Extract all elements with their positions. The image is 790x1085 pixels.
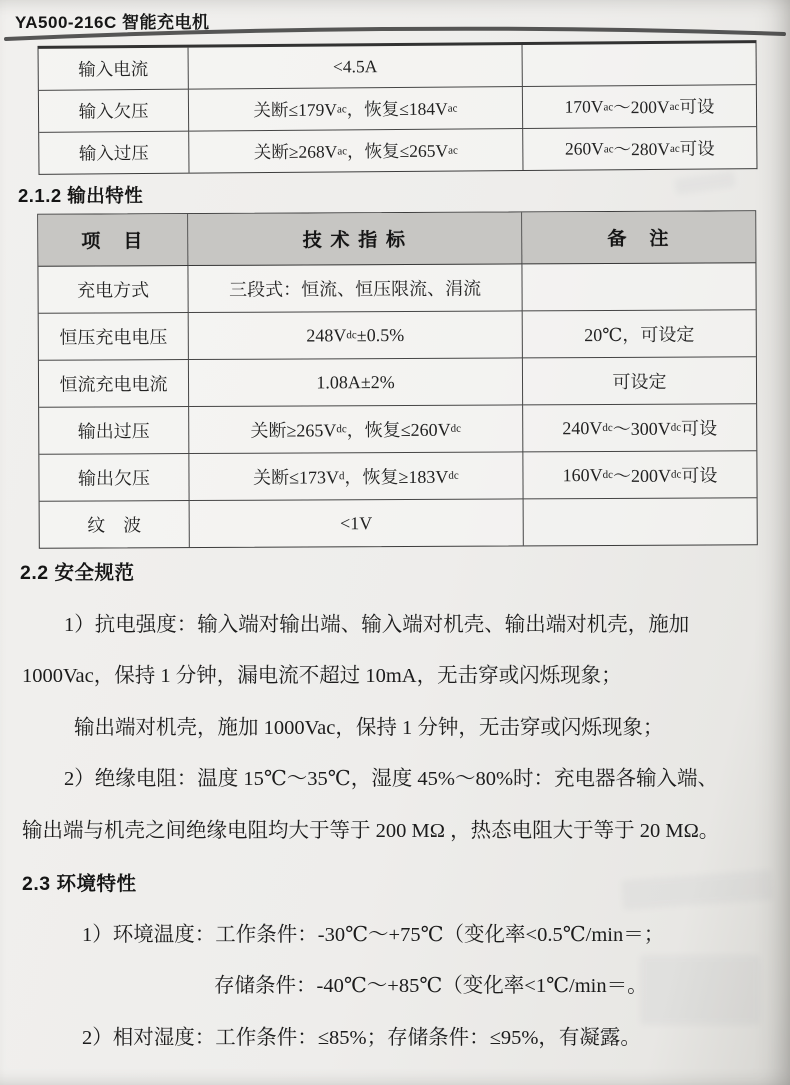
page-bleed-through-artifact bbox=[674, 171, 736, 195]
table-header-item: 项 目 bbox=[38, 214, 188, 267]
table-cell-item: 恒压充电电压 bbox=[39, 313, 189, 361]
table-cell-spec: 关断≤173Vd，恢复≥183Vdc bbox=[189, 452, 523, 501]
paragraph-line: 1000Vac，保持 1 分钟，漏电流不超过 10mA，无击穿或闪烁现象； bbox=[22, 648, 780, 700]
table-header-row: 项 目 技 术 指 标 备 注 bbox=[38, 211, 755, 267]
table-cell-spec: 关断≥268Vac，恢复≤265Vac bbox=[189, 129, 523, 173]
table-cell-note bbox=[522, 263, 755, 311]
table-cell-note: 170Vac～200Vac 可设 bbox=[523, 85, 756, 129]
table-cell-note: 160Vdc～200Vdc 可设 bbox=[523, 451, 756, 499]
input-characteristics-table: 输入电流 <4.5A 输入欠压 关断≤179Vac，恢复≤184Vac 170V… bbox=[38, 40, 758, 175]
table-cell-item: 输出欠压 bbox=[39, 454, 189, 502]
table-row: 输出过压 关断≥265Vdc，恢复≤260Vdc 240Vdc～300Vdc 可… bbox=[39, 404, 756, 455]
table-cell-spec: 248Vdc±0.5% bbox=[189, 311, 523, 360]
table-cell-item: 输入电流 bbox=[39, 48, 189, 91]
page-top-edge-curve bbox=[0, 24, 790, 42]
table-row: 恒流充电电流 1.08A±2% 可设定 bbox=[39, 357, 756, 408]
table-cell-spec: 1.08A±2% bbox=[189, 358, 523, 407]
table-row: 输入过压 关断≥268Vac，恢复≤265Vac 260Vac～280Vac 可… bbox=[39, 127, 756, 174]
table-cell-item: 输出过压 bbox=[39, 407, 189, 455]
table-header-spec: 技 术 指 标 bbox=[188, 212, 522, 266]
table-cell-spec: 关断≥265Vdc，恢复≤260Vdc bbox=[189, 405, 523, 454]
page-bleed-through-artifact bbox=[621, 870, 773, 910]
table-row: 输出欠压 关断≤173Vd，恢复≥183Vdc 160Vdc～200Vdc 可设 bbox=[39, 451, 756, 502]
table-cell-note bbox=[523, 43, 756, 87]
table-cell-spec: 关断≤179Vac，恢复≤184Vac bbox=[189, 87, 523, 132]
section-title-safety: 2.2 安全规范 bbox=[20, 557, 135, 585]
table-cell-item: 恒流充电电流 bbox=[39, 360, 189, 408]
paragraph-line: 2）绝缘电阻：温度 15℃～35℃，湿度 45%～80%时：充电器各输入端、 bbox=[22, 751, 780, 803]
paragraph-line: 1）环境温度：工作条件：-30℃～+75℃（变化率<0.5℃/min＝； bbox=[22, 906, 780, 958]
output-characteristics-table: 项 目 技 术 指 标 备 注 充电方式 三段式：恒流、恒压限流、涓流 恒压充电… bbox=[37, 210, 758, 549]
table-cell-note: 20℃，可设定 bbox=[523, 310, 756, 358]
section-title-output-characteristics: 2.1.2 输出特性 bbox=[18, 182, 143, 208]
table-row: 充电方式 三段式：恒流、恒压限流、涓流 bbox=[38, 263, 755, 314]
table-row: 输入电流 <4.5A bbox=[39, 43, 756, 91]
table-cell-spec: <1V bbox=[190, 499, 524, 547]
paragraph-line: 输出端与机壳之间绝缘电阻均大于等于 200 MΩ ，热态电阻大于等于 20 MΩ… bbox=[22, 802, 780, 854]
table-cell-item: 输入过压 bbox=[39, 132, 189, 174]
table-cell-note bbox=[524, 498, 757, 545]
table-cell-item: 充电方式 bbox=[38, 266, 188, 314]
table-row: 纹 波 <1V bbox=[40, 498, 757, 548]
safety-section-text: 1）抗电强度：输入端对输出端、输入端对机壳、输出端对机壳，施加 1000Vac，… bbox=[22, 596, 780, 854]
table-cell-note: 可设定 bbox=[523, 357, 756, 405]
table-cell-spec: 三段式：恒流、恒压限流、涓流 bbox=[188, 264, 522, 313]
table-cell-item: 输入欠压 bbox=[39, 90, 189, 133]
table-row: 恒压充电电压 248Vdc±0.5% 20℃，可设定 bbox=[39, 310, 756, 361]
section-title-environment: 2.3 环境特性 bbox=[22, 868, 137, 896]
scanned-manual-page: YA500-216C 智能充电机 输入电流 <4.5A 输入欠压 关断≤179V… bbox=[0, 0, 790, 1085]
page-bleed-through-artifact bbox=[640, 955, 760, 1025]
paragraph-line: 1）抗电强度：输入端对输出端、输入端对机壳、输出端对机壳，施加 bbox=[22, 596, 780, 648]
table-header-note: 备 注 bbox=[522, 211, 755, 264]
table-cell-spec: <4.5A bbox=[189, 45, 523, 90]
table-row: 输入欠压 关断≤179Vac，恢复≤184Vac 170Vac～200Vac 可… bbox=[39, 85, 756, 133]
table-cell-note: 260Vac～280Vac 可设 bbox=[523, 127, 756, 170]
table-cell-note: 240Vdc～300Vdc 可设 bbox=[523, 404, 756, 452]
table-cell-item: 纹 波 bbox=[40, 501, 190, 548]
paragraph-line: 输出端对机壳，施加 1000Vac，保持 1 分钟，无击穿或闪烁现象； bbox=[22, 699, 780, 751]
